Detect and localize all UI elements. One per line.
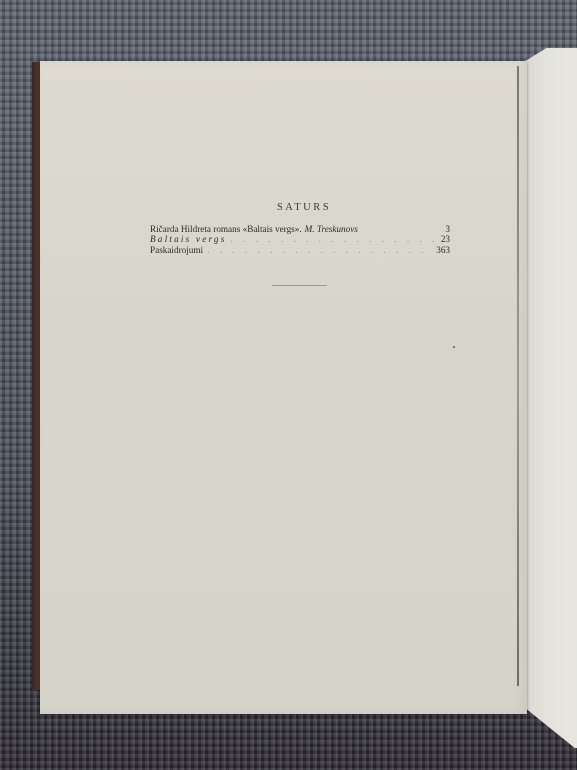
paper-speck: [453, 346, 455, 348]
toc-entry: Ričarda Hildreta romans «Baltais vergs».…: [150, 224, 450, 235]
toc-leader-dots: . . . . . . . . . . . . . . . . . . . .: [231, 234, 437, 245]
toc-entry-page: 23: [441, 234, 450, 245]
toc-entry-page: 363: [436, 245, 450, 256]
table-of-contents: SATURS Ričarda Hildreta romans «Baltais …: [150, 203, 450, 255]
divider-rule: [272, 285, 327, 286]
toc-entry: Paskaidrojumi . . . . . . . . . . . . . …: [150, 245, 450, 256]
page-gutter: [517, 66, 519, 686]
left-page: [40, 61, 527, 714]
toc-entry-title: Paskaidrojumi: [150, 245, 203, 256]
toc-entry-page: 3: [445, 224, 450, 235]
toc-entry-author: M. Treskunovs: [305, 224, 358, 235]
toc-entry-title: Ričarda Hildreta romans «Baltais vergs».: [150, 224, 302, 235]
toc-entry: Baltais vergs . . . . . . . . . . . . . …: [150, 234, 450, 245]
toc-leader-dots: . . . . . . . . . . . . . . . . . . . . …: [207, 245, 432, 256]
toc-heading: SATURS: [150, 203, 450, 214]
toc-entry-title: Baltais vergs: [150, 234, 227, 245]
